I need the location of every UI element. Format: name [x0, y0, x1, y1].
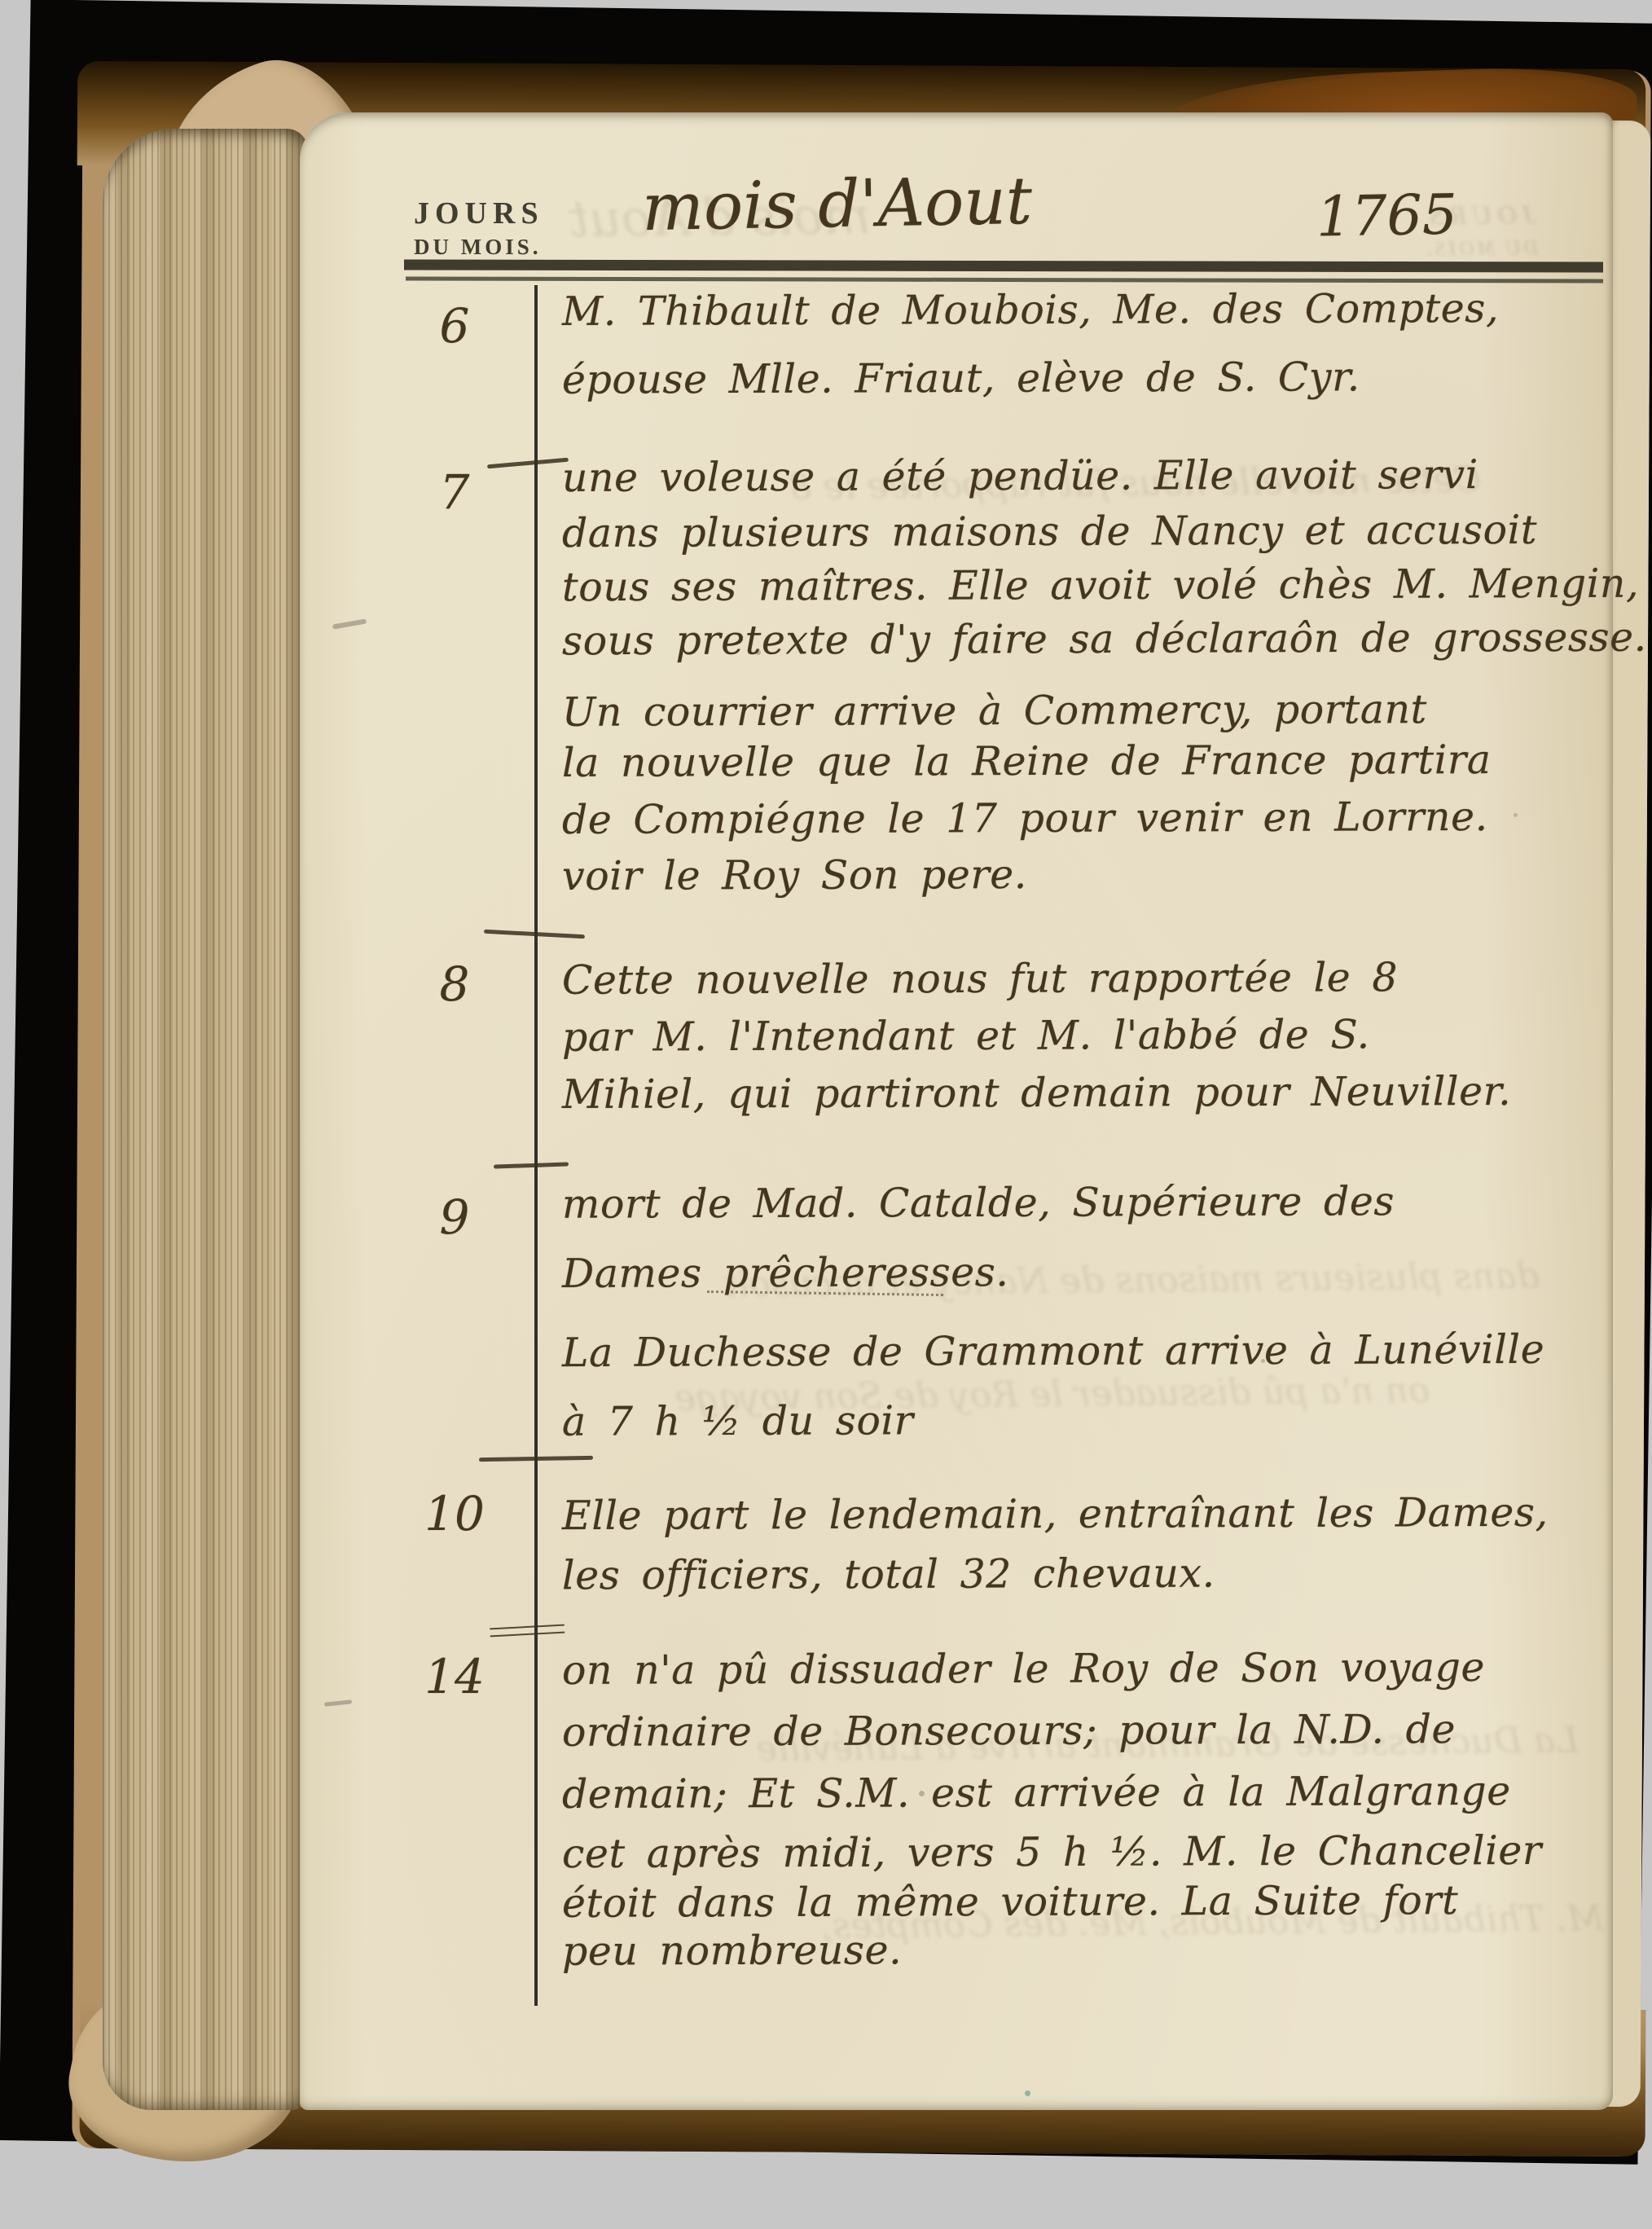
- entry-line: Un courrier arrive à Commercy, portant: [562, 686, 1427, 736]
- entry-line: peu nombreuse.: [562, 1927, 902, 1974]
- ink-bleedthrough-ghost: JOURS: [1424, 200, 1536, 231]
- entry-line: les officiers, total 32 chevaux.: [562, 1550, 1215, 1599]
- day-number: 8: [389, 956, 520, 1012]
- header-rule-thick: [404, 259, 1603, 272]
- entry-line: mort de Mad. Catalde, Supérieure des: [562, 1178, 1395, 1228]
- journal-page: JOURS DU MOIS. mois d'Aout 1765 JOURS DU…: [300, 112, 1613, 2110]
- entry-line: à 7 h ½ du soir: [562, 1397, 914, 1445]
- entry-line: étoit dans la même voiture. La Suite for…: [562, 1877, 1458, 1927]
- entry-line: Elle part le lendemain, entraînant les D…: [562, 1489, 1549, 1539]
- ink-bleedthrough-ghost: DU MOIS.: [1424, 235, 1539, 261]
- entry-separator-tick: [487, 458, 569, 469]
- day-number: 9: [389, 1189, 520, 1245]
- entry-line: Mihiel, qui partiront demain pour Neuvil…: [562, 1068, 1511, 1118]
- entry-line: Dames prêcheresses.: [562, 1249, 1009, 1297]
- pencil-margin-mark: [324, 1699, 352, 1707]
- ink-bleedthrough-ghost: mois d'Aout: [569, 186, 872, 248]
- day-number: 14: [389, 1649, 520, 1704]
- green-speck: [1025, 2091, 1030, 2096]
- entry-separator-tick: [490, 1624, 565, 1630]
- entry-line: La Duchesse de Grammont arrive à Lunévil…: [562, 1326, 1544, 1376]
- entry-line: demain; Et S.M. est arrivée à la Malgran…: [562, 1768, 1511, 1818]
- entry-line: voir le Roy Son pere.: [562, 851, 1027, 899]
- day-column-rule: [534, 285, 538, 2006]
- printed-rubric-line1: JOURS: [414, 196, 544, 231]
- day-number: 7: [389, 464, 520, 520]
- entry-line: cet après midi, vers 5 h ½. M. le Chance…: [562, 1827, 1542, 1877]
- entry-line: sous pretexte d'y faire sa déclaraôn de …: [562, 614, 1647, 665]
- header-rule-thin: [406, 276, 1603, 283]
- paper-speck: [756, 650, 761, 655]
- paper-speck: [1514, 813, 1518, 817]
- entry-line: dans plusieurs maisons de Nancy et accus…: [562, 507, 1537, 556]
- day-number: 10: [389, 1486, 520, 1541]
- book-scan: JOURS DU MOIS. mois d'Aout 1765 JOURS DU…: [0, 0, 1652, 2229]
- entry-line: de Compiégne le 17 pour venir en Lorrne.: [562, 794, 1488, 843]
- entry-line: M. Thibault de Moubois, Me. des Comptes,: [562, 285, 1499, 335]
- entry-line: une voleuse a été pendüe. Elle avoit ser…: [562, 451, 1478, 501]
- day-number: 6: [389, 298, 520, 354]
- entry-line: Cette nouvelle nous fut rapportée le 8: [562, 954, 1398, 1004]
- entry-line: épouse Mlle. Friaut, elève de S. Cyr.: [562, 354, 1360, 402]
- entry-line: tous ses maîtres. Elle avoit volé chès M…: [562, 561, 1639, 611]
- page-fore-edge-stack: [103, 129, 308, 2110]
- paper-speck: [919, 1791, 925, 1796]
- entry-line: la nouvelle que la Reine de France parti…: [562, 736, 1492, 786]
- entry-line: ordinaire de Bonsecours; pour la N.D. de: [562, 1706, 1456, 1756]
- entry-separator-tick: [494, 1162, 569, 1168]
- entry-line: par M. l'Intendant et M. l'abbé de S.: [562, 1011, 1370, 1060]
- pencil-margin-mark: [332, 618, 367, 629]
- entry-line: on n'a pû dissuader le Roy de Son voyage: [562, 1644, 1485, 1694]
- printed-rubric-line2: DU MOIS.: [414, 235, 542, 260]
- paper-speck: [1261, 1359, 1265, 1363]
